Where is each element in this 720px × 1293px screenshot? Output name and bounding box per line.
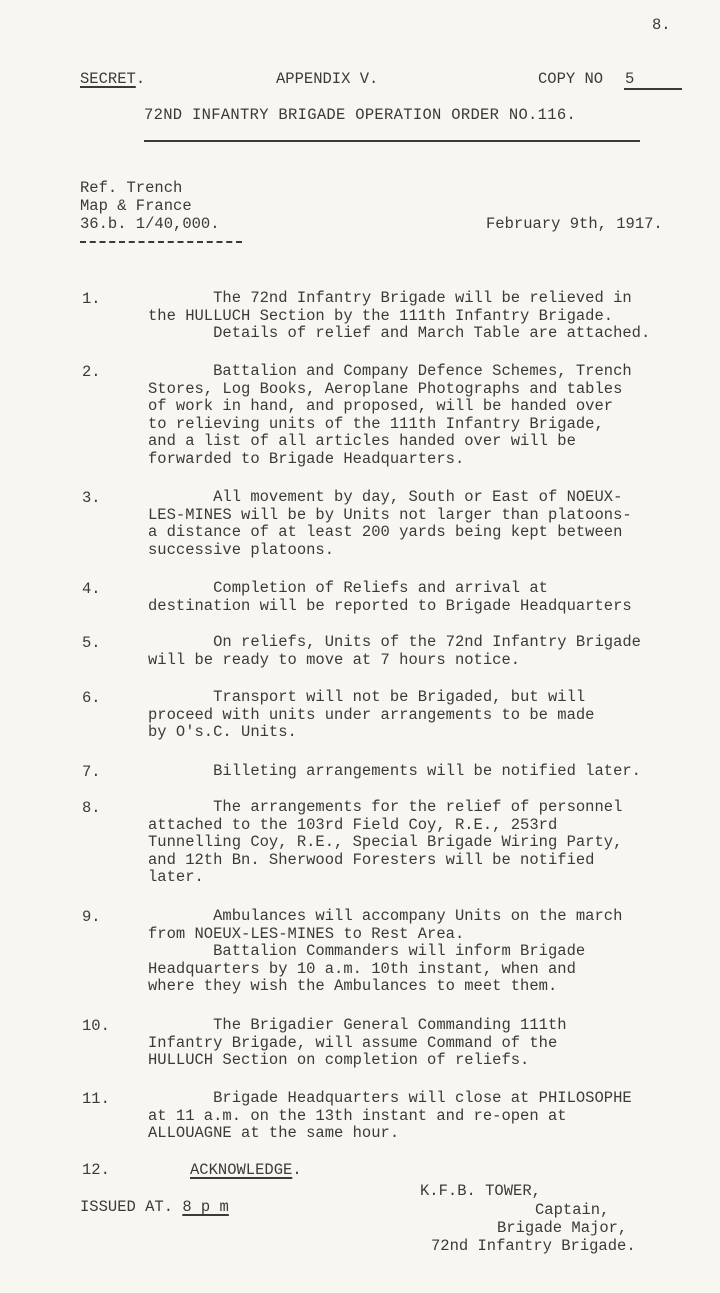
acknowledge-instruction: ACKNOWLEDGE [190,1161,292,1179]
paragraph-6-number: 6. [82,689,101,707]
paragraph-6-line: by O's.C. Units. [148,724,718,742]
paragraph-1-line: The 72nd Infantry Brigade will be reliev… [148,290,718,308]
paragraph-11-line: Brigade Headquarters will close at PHILO… [148,1090,718,1108]
paragraph-2-number: 2. [82,363,101,381]
paragraph-2: Battalion and Company Defence Schemes, T… [148,363,718,469]
paragraph-8-line: and 12th Bn. Sherwood Foresters will be … [148,852,718,870]
paragraph-10-line: HULLUCH Section on completion of reliefs… [148,1052,718,1070]
paragraph-2-line: of work in hand, and proposed, will be h… [148,398,718,416]
paragraph-4-line: destination will be reported to Brigade … [148,598,718,616]
paragraph-5-line: On reliefs, Units of the 72nd Infantry B… [148,634,718,652]
paragraph-8-line: The arrangements for the relief of perso… [148,799,718,817]
paragraph-5-number: 5. [82,634,101,652]
copy-number-value: 5 [625,70,634,88]
paragraph-9-line: Ambulances will accompany Units on the m… [148,908,718,926]
paragraph-3: All movement by day, South or East of NO… [148,489,718,559]
page-number: 8. [652,16,671,34]
order-date: February 9th, 1917. [486,216,663,234]
paragraph-11-number: 11. [82,1090,110,1108]
issued-at: ISSUED AT. 8 p m [80,1198,229,1216]
paragraph-2-line: and a list of all articles handed over w… [148,433,718,451]
signature-rank: Captain, [535,1202,609,1220]
paragraph-9-line: Headquarters by 10 a.m. 10th instant, wh… [148,961,718,979]
issued-at-time: 8 p m [182,1198,229,1216]
paragraph-10: The Brigadier General Commanding 111thIn… [148,1017,718,1070]
issued-at-label: ISSUED AT. [80,1198,173,1216]
classification-heading: SECRET. [80,70,145,88]
paragraph-4-line: Completion of Reliefs and arrival at [148,580,718,598]
paragraph-8-line: attached to the 103rd Field Coy, R.E., 2… [148,817,718,835]
paragraph-3-line: successive platoons. [148,542,718,560]
paragraph-2-line: to relieving units of the 111th Infantry… [148,416,718,434]
paragraph-3-number: 3. [82,489,101,507]
paragraph-9: Ambulances will accompany Units on the m… [148,908,718,996]
paragraph-12-number: 12. [82,1161,110,1179]
paragraph-1-line: the HULLUCH Section by the 111th Infantr… [148,308,718,326]
copy-number-label: COPY NO [538,70,603,88]
paragraph-3-line: All movement by day, South or East of NO… [148,489,718,507]
paragraph-3-line: a distance of at least 200 yards being k… [148,524,718,542]
paragraph-8-number: 8. [82,799,101,817]
paragraph-3-line: LES-MINES will be by Units not larger th… [148,507,718,525]
paragraph-11-line: at 11 a.m. on the 13th instant and re-op… [148,1108,718,1126]
paragraph-2-line: forwarded to Brigade Headquarters. [148,451,718,469]
paragraph-7-line: Billeting arrangements will be notified … [148,763,718,781]
classification-suffix: . [136,70,145,88]
paragraph-6-line: proceed with units under arrangements to… [148,707,718,725]
paragraph-2-line: Stores, Log Books, Aeroplane Photographs… [148,381,718,399]
paragraph-10-number: 10. [82,1017,110,1035]
paragraph-4-number: 4. [82,580,101,598]
signature-name: K.F.B. TOWER, [420,1183,541,1201]
map-reference-line-1: Ref. Trench [80,180,182,198]
paragraph-9-line: from NOEUX-LES-MINES to Rest Area. [148,926,718,944]
paragraph-2-line: Battalion and Company Defence Schemes, T… [148,363,718,381]
paragraph-1: The 72nd Infantry Brigade will be reliev… [148,290,718,343]
paragraph-4: Completion of Reliefs and arrival atdest… [148,580,718,615]
paragraph-8-line: later. [148,869,718,887]
map-reference-line-2: Map & France [80,198,192,216]
paragraph-1-line: Details of relief and March Table are at… [148,325,718,343]
signature-unit: 72nd Infantry Brigade. [431,1238,636,1256]
paragraph-9-line: Battalion Commanders will inform Brigade [148,943,718,961]
paragraph-6: Transport will not be Brigaded, but will… [148,689,718,742]
paragraph-8-line: Tunnelling Coy, R.E., Special Brigade Wi… [148,834,718,852]
classification-label: SECRET [80,70,136,88]
paragraph-7-number: 7. [82,763,101,781]
reference-dashed-rule [80,241,242,243]
paragraph-12: ACKNOWLEDGE. [190,1161,302,1179]
paragraph-9-line: where they wish the Ambulances to meet t… [148,978,718,996]
paragraph-1-number: 1. [82,290,101,308]
paragraph-11-line: ALLOUAGNE at the same hour. [148,1125,718,1143]
title-rule [144,140,640,142]
paragraph-6-line: Transport will not be Brigaded, but will [148,689,718,707]
signature-role: Brigade Major, [497,1220,627,1238]
paragraph-5-line: will be ready to move at 7 hours notice. [148,652,718,670]
paragraph-7: Billeting arrangements will be notified … [148,763,718,781]
copy-number-underline [624,88,682,90]
paragraph-8: The arrangements for the relief of perso… [148,799,718,887]
paragraph-9-number: 9. [82,908,101,926]
map-reference-line-3: 36.b. 1/40,000. [80,216,220,234]
paragraph-10-line: The Brigadier General Commanding 111th [148,1017,718,1035]
order-title: 72ND INFANTRY BRIGADE OPERATION ORDER NO… [144,106,576,124]
paragraph-11: Brigade Headquarters will close at PHILO… [148,1090,718,1143]
paragraph-5: On reliefs, Units of the 72nd Infantry B… [148,634,718,669]
paragraph-10-line: Infantry Brigade, will assume Command of… [148,1035,718,1053]
appendix-label: APPENDIX V. [276,70,378,88]
acknowledge-suffix: . [292,1161,301,1179]
